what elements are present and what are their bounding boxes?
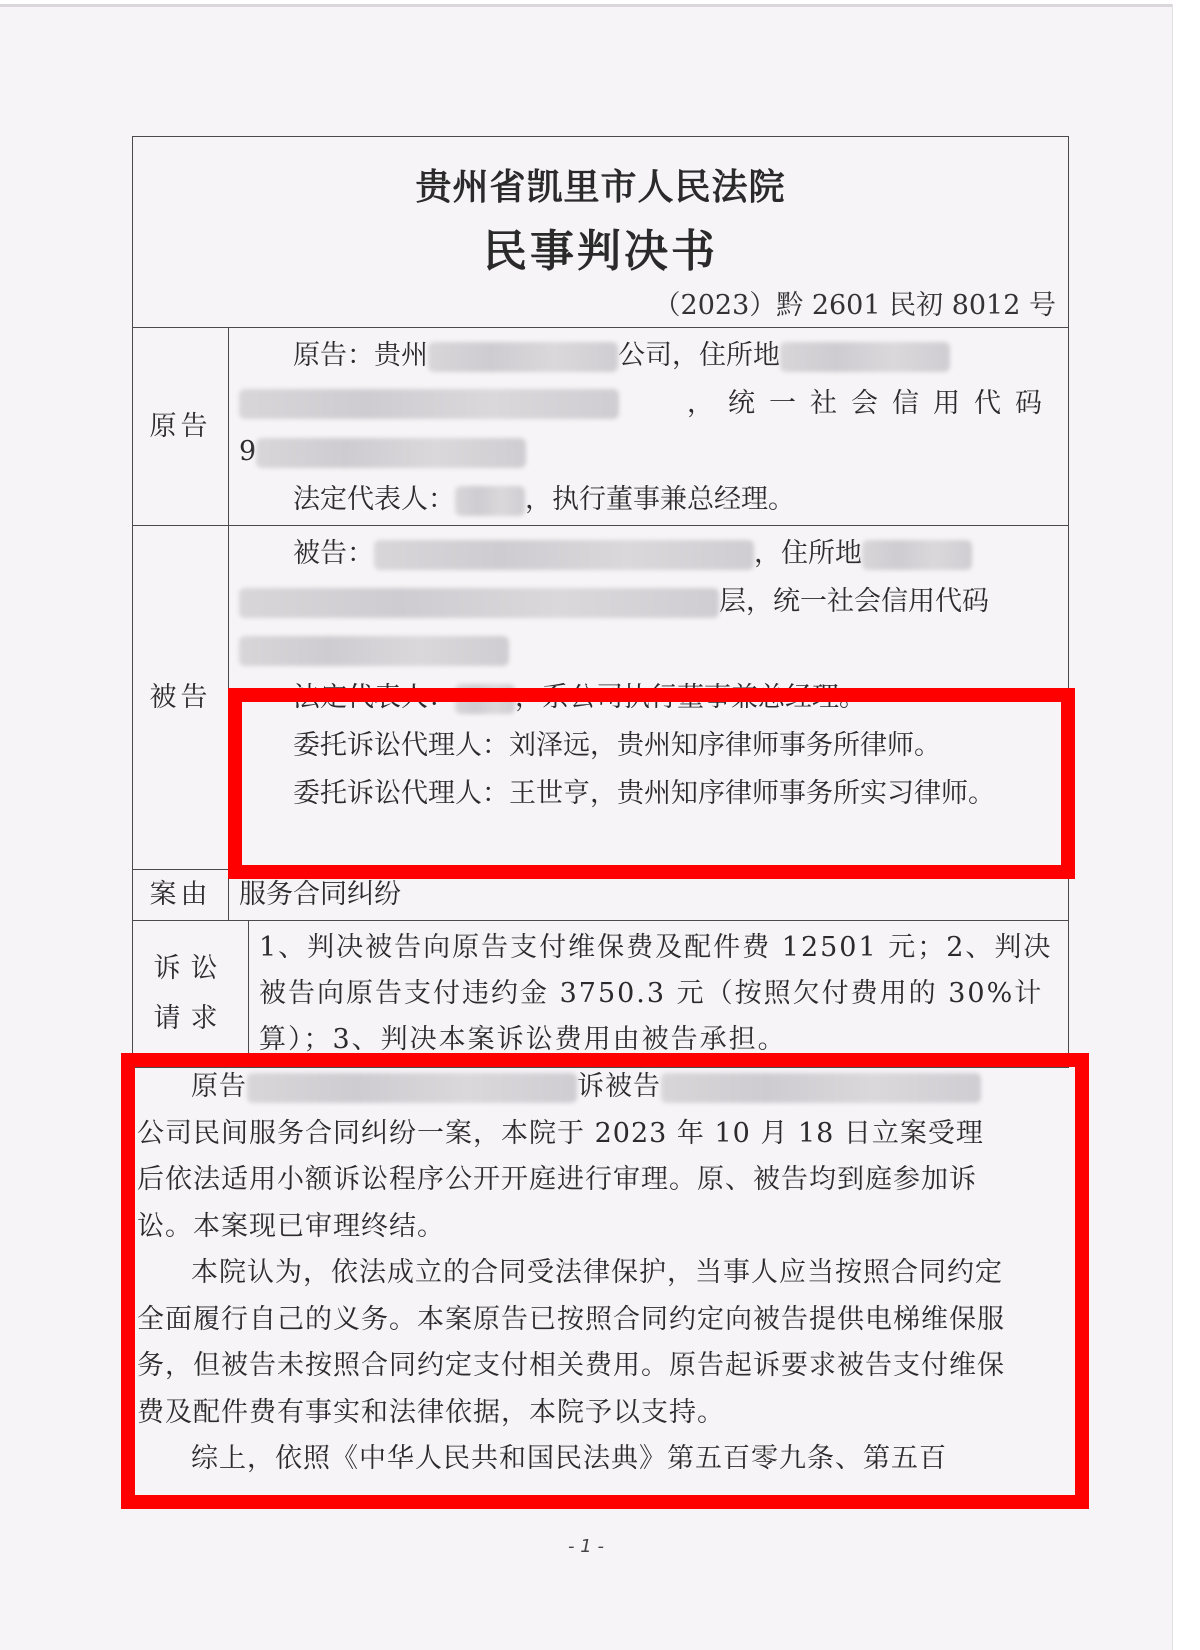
case-number: （2023）黔 2601 民初 8012 号 bbox=[654, 283, 1056, 322]
redacted-credit-code bbox=[239, 636, 509, 666]
plaintiff-label: 原告 bbox=[133, 328, 229, 525]
claims-row: 诉讼请求 1、判决被告向原告支付维保费及配件费 12501 元；2、判决被告向原… bbox=[133, 921, 1068, 1067]
plaintiff-name-prefix: 原告：贵州 bbox=[293, 340, 428, 371]
redacted-address bbox=[239, 389, 619, 419]
claims-label: 诉讼请求 bbox=[133, 921, 249, 1067]
scan-edge bbox=[0, 4, 1172, 7]
legal-rep-label: 法定代表人： bbox=[293, 484, 455, 515]
body-highlight-box bbox=[121, 1053, 1089, 1509]
redacted-address bbox=[862, 540, 972, 570]
redacted-address bbox=[780, 342, 950, 372]
judgment-header-table: 贵州省凯里市人民法院 民事判决书 （2023）黔 2601 民初 8012 号 … bbox=[132, 136, 1069, 1068]
plaintiff-row: 原告 原告：贵州公司，住所地 ，统一社会信用代码 9 法定代表人：，执行董事兼总… bbox=[133, 328, 1068, 526]
cause-label: 案由 bbox=[133, 870, 229, 920]
agents-highlight-box bbox=[228, 688, 1075, 879]
redacted-credit-code bbox=[256, 438, 526, 468]
defendant-label: 被告 bbox=[133, 526, 229, 869]
redacted-name bbox=[428, 342, 618, 372]
redacted-name bbox=[374, 540, 754, 570]
document-header: 贵州省凯里市人民法院 民事判决书 （2023）黔 2601 民初 8012 号 bbox=[133, 137, 1068, 328]
claims-value: 1、判决被告向原告支付维保费及配件费 12501 元；2、判决被告向原告支付违约… bbox=[249, 921, 1068, 1067]
document-title: 民事判决书 bbox=[133, 215, 1068, 279]
paper-sheet: 贵州省凯里市人民法院 民事判决书 （2023）黔 2601 民初 8012 号 … bbox=[0, 4, 1172, 1650]
court-name: 贵州省凯里市人民法院 bbox=[133, 159, 1068, 210]
redacted-address bbox=[239, 588, 719, 618]
redacted-rep-name bbox=[455, 486, 525, 516]
page-number: - 1 - bbox=[0, 1536, 1172, 1557]
plaintiff-info: 原告：贵州公司，住所地 ，统一社会信用代码 9 法定代表人：，执行董事兼总经理。 bbox=[229, 328, 1068, 525]
